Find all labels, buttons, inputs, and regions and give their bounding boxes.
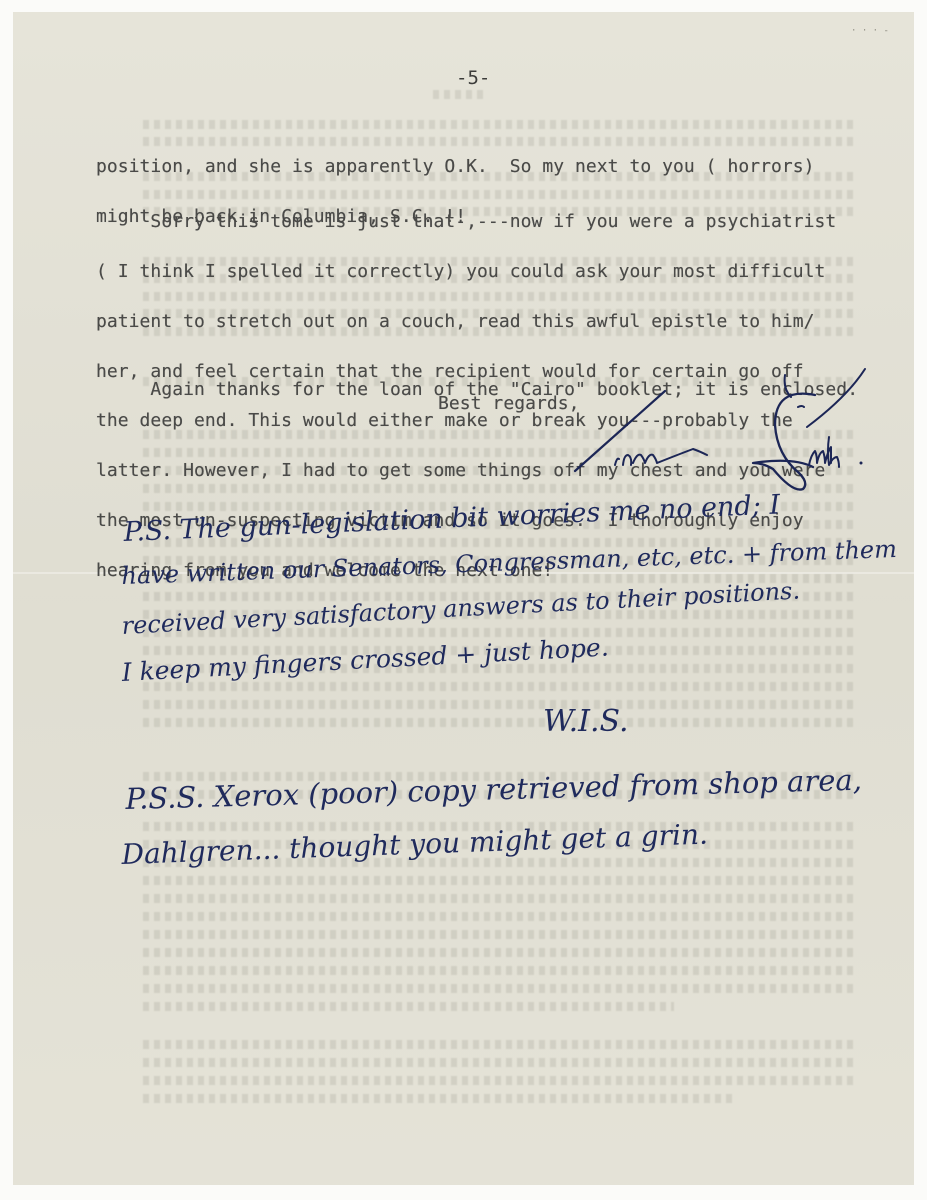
- corner-marks: · · · -: [851, 26, 889, 36]
- handwritten-line: P.S.S. Xerox (poor) copy retrieved from …: [125, 763, 862, 816]
- initials: W.I.S.: [543, 704, 629, 739]
- typed-line: Sorry this tome is just that-,---now if …: [96, 214, 836, 231]
- typed-line: patient to stretch out on a couch, read …: [96, 314, 836, 331]
- signature: [553, 367, 893, 497]
- page-number: -5-: [456, 67, 490, 89]
- typed-line: position, and she is apparently O.K. So …: [96, 159, 815, 176]
- signature-ink-icon: [553, 367, 893, 497]
- letter-page: · · · - -5- position, and she is apparen…: [13, 12, 914, 1185]
- handwritten-line: I keep my fingers crossed + just hope.: [121, 632, 609, 686]
- typed-line: ( I think I spelled it correctly) you co…: [96, 264, 836, 281]
